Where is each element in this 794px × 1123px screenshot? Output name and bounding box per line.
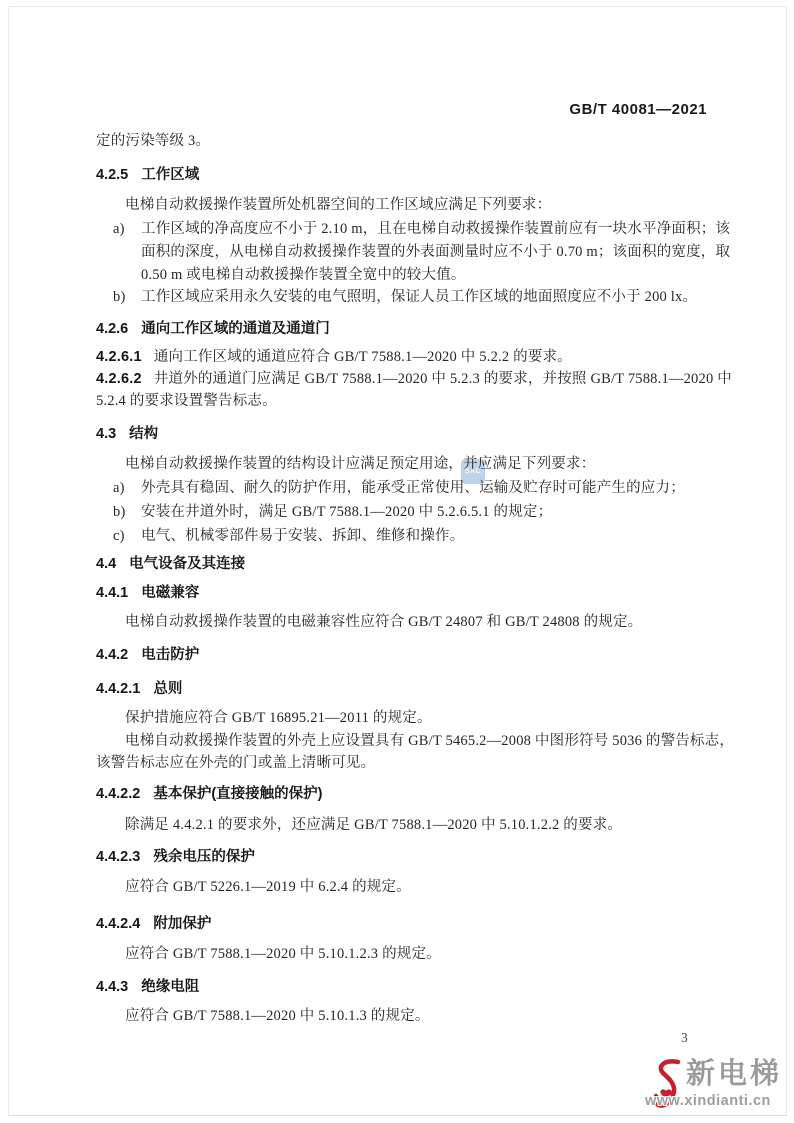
section-number: 4.4.2.1	[96, 681, 140, 697]
body-text-line: 工作区域应采用永久安装的电气照明，保证人员工作区域的地面照度应不小于 200 l…	[141, 289, 697, 305]
body-text-line: 工作区域的净高度应不小于 2.10 m，且在电梯自动救援操作装置前应有一块水平净…	[141, 221, 730, 237]
section-heading-4-4-2-2: 4.4.2.2基本保护(直接接触的保护)	[96, 786, 323, 802]
body-text-line: 应符合 GB/T 5226.1—2019 中 6.2.4 的规定。	[125, 879, 411, 895]
section-heading-4-2-6: 4.2.6通向工作区域的通道及通道门	[96, 321, 330, 337]
section-title: 通向工作区域的通道及通道门	[141, 321, 330, 337]
section-number: 4.4.1	[96, 585, 128, 601]
section-title: 总则	[153, 681, 182, 697]
section-title: 工作区域	[141, 167, 199, 183]
section-title: 电磁兼容	[141, 585, 199, 601]
section-heading-4-3: 4.3结构	[96, 426, 158, 442]
body-text-line: 安装在井道外时，满足 GB/T 7588.1—2020 中 5.2.6.5.1 …	[141, 504, 552, 520]
body-text-line: 定的污染等级 3。	[96, 133, 210, 149]
section-heading-4-2-5: 4.2.5工作区域	[96, 167, 199, 183]
body-text-line: 应符合 GB/T 7588.1—2020 中 5.10.1.2.3 的规定。	[125, 946, 441, 962]
section-heading-4-4-2: 4.4.2电击防护	[96, 647, 199, 663]
brand-name: 新电梯	[686, 1058, 782, 1090]
section-number: 4.3	[96, 426, 116, 442]
section-title: 残余电压的保护	[153, 849, 255, 865]
section-number: 4.4.2	[96, 647, 128, 663]
document-page: SAC GB/T 40081—2021 定的污染等级 3。 4.2.5工作区域 …	[0, 0, 794, 1123]
list-marker: a)	[113, 221, 125, 237]
section-title: 附加保护	[153, 916, 211, 932]
list-marker: c)	[113, 528, 125, 544]
section-number: 4.4.2.4	[96, 916, 140, 932]
body-text-line: 面积的深度，从电梯自动救援操作装置的外表面测量时应不小于 0.70 m；该面积的…	[141, 244, 730, 260]
section-number: 4.4.3	[96, 979, 128, 995]
list-marker: a)	[113, 480, 125, 496]
section-title: 结构	[129, 426, 158, 442]
section-heading-4-4-2-3: 4.4.2.3残余电压的保护	[96, 849, 255, 865]
clause-text: 通向工作区域的通道应符合 GB/T 7588.1—2020 中 5.2.2 的要…	[154, 349, 572, 365]
list-marker: b)	[113, 289, 125, 305]
brand-url: www.xindianti.cn	[645, 1093, 771, 1109]
section-title: 绝缘电阻	[141, 979, 199, 995]
section-title: 电气设备及其连接	[129, 556, 245, 572]
section-title: 基本保护(直接接触的保护)	[153, 786, 322, 802]
section-number: 4.4.2.3	[96, 849, 140, 865]
body-text-line: 该警告标志应在外壳的门或盖上清晰可见。	[96, 755, 375, 771]
standard-code-header: GB/T 40081—2021	[569, 101, 707, 118]
section-number: 4.2.5	[96, 167, 128, 183]
list-marker: b)	[113, 504, 125, 520]
clause-number: 4.2.6.1	[96, 349, 142, 365]
clause-line: 4.2.6.2井道外的通道门应满足 GB/T 7588.1—2020 中 5.2…	[96, 371, 732, 387]
body-text-line: 电气、机械零部件易于安装、拆卸、维修和操作。	[141, 528, 464, 544]
body-text-line: 电梯自动救援操作装置的结构设计应满足预定用途，并应满足下列要求：	[125, 456, 595, 472]
body-text-line: 0.50 m 或电梯自动救援操作装置全宽中的较大值。	[141, 267, 466, 283]
section-number: 4.4.2.2	[96, 786, 140, 802]
clause-text: 井道外的通道门应满足 GB/T 7588.1—2020 中 5.2.3 的要求，…	[154, 371, 732, 387]
body-text-line: 5.2.4 的要求设置警告标志。	[96, 393, 277, 409]
body-text-line: 电梯自动救援操作装置的电磁兼容性应符合 GB/T 24807 和 GB/T 24…	[125, 614, 642, 630]
body-text-line: 外壳具有稳固、耐久的防护作用，能承受正常使用、运输及贮存时可能产生的应力；	[141, 480, 685, 496]
section-number: 4.2.6	[96, 321, 128, 337]
body-text-line: 应符合 GB/T 7588.1—2020 中 5.10.1.3 的规定。	[125, 1008, 430, 1024]
body-text-line: 除满足 4.4.2.1 的要求外，还应满足 GB/T 7588.1—2020 中…	[125, 817, 622, 833]
body-text-line: 保护措施应符合 GB/T 16895.21—2011 的规定。	[125, 710, 432, 726]
page-number: 3	[681, 1030, 688, 1046]
section-number: 4.4	[96, 556, 116, 572]
section-heading-4-4: 4.4电气设备及其连接	[96, 556, 245, 572]
body-text-line: 电梯自动救援操作装置所处机器空间的工作区域应满足下列要求：	[125, 197, 551, 213]
section-title: 电击防护	[141, 647, 199, 663]
section-heading-4-4-1: 4.4.1电磁兼容	[96, 585, 199, 601]
section-heading-4-4-3: 4.4.3绝缘电阻	[96, 979, 199, 995]
section-heading-4-4-2-1: 4.4.2.1总则	[96, 681, 182, 697]
body-text-line: 电梯自动救援操作装置的外壳上应设置具有 GB/T 5465.2—2008 中图形…	[125, 733, 734, 749]
xindianti-brand-watermark: 新电梯 www.xindianti.cn	[642, 1052, 790, 1116]
section-heading-4-4-2-4: 4.4.2.4附加保护	[96, 916, 211, 932]
clause-line: 4.2.6.1通向工作区域的通道应符合 GB/T 7588.1—2020 中 5…	[96, 349, 572, 365]
clause-number: 4.2.6.2	[96, 371, 142, 387]
